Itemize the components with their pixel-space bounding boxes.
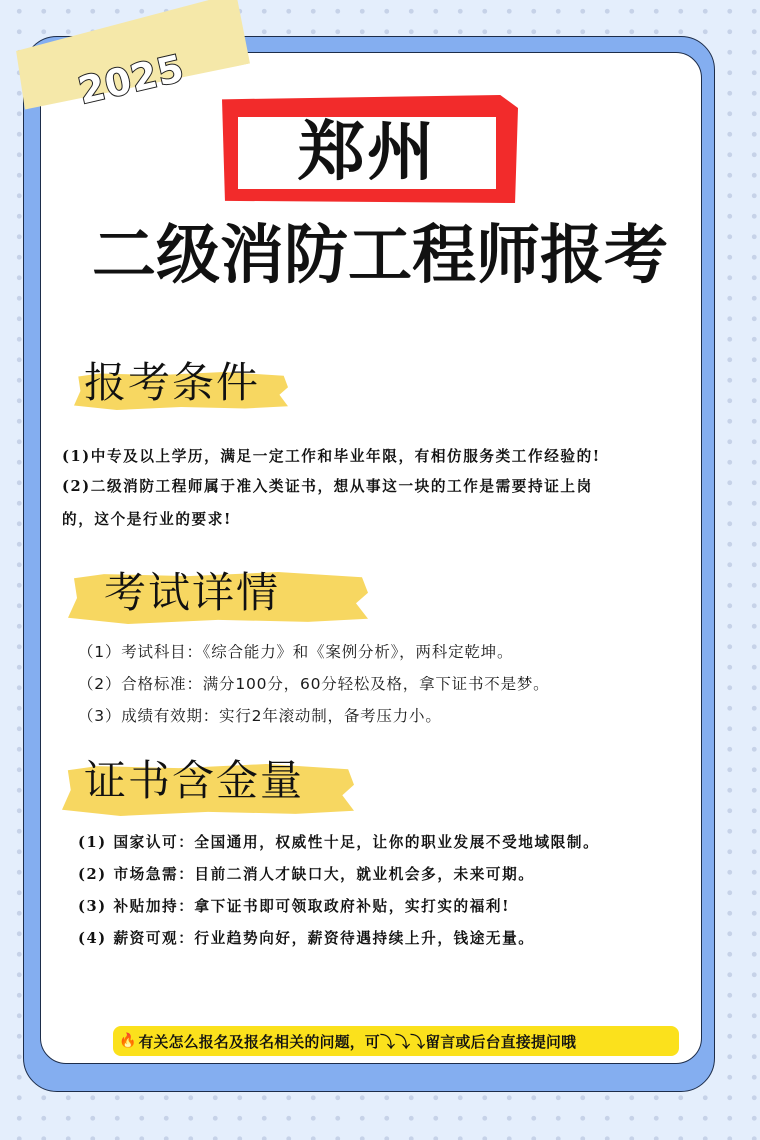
contact-banner: 🔥 有关怎么报名及报名相关的问题，可⤵⤵⤵留言或后台直接提问哦 <box>113 1026 679 1056</box>
list-item: (4) 薪资可观：行业趋势向好，薪资待遇持续上升，钱途无量。 <box>78 928 599 960</box>
list-item: (3) 补贴加持：拿下证书即可领取政府补贴，实打实的福利! <box>78 896 599 928</box>
list-item: (1)中专及以上学历，满足一定工作和毕业年限，有相仿服务类工作经验的! <box>62 446 601 476</box>
section-heading-eligibility: 报考条件 <box>84 362 260 404</box>
section-heading-certificate-value: 证书含金量 <box>84 760 304 802</box>
section-heading-exam-details: 考试详情 <box>104 572 280 614</box>
section-title: 证书含金量 <box>84 760 304 802</box>
exam-details-list: （1）考试科目：《综合能力》和《案例分析》，两科定乾坤。 （2）合格标准：满分1… <box>78 641 549 737</box>
list-item: （2）合格标准：满分100分，60分轻松及格，拿下证书不是梦。 <box>78 673 549 705</box>
fire-icon: 🔥 <box>119 1034 136 1048</box>
city-label-container: 郑州 <box>238 117 496 189</box>
section-title: 报考条件 <box>84 362 260 404</box>
eligibility-list: (1)中专及以上学历，满足一定工作和毕业年限，有相仿服务类工作经验的! (2)二… <box>62 446 601 539</box>
list-item: (1) 国家认可：全国通用，权威性十足，让你的职业发展不受地域限制。 <box>78 832 599 864</box>
list-item: 的，这个是行业的要求! <box>62 509 601 539</box>
section-title: 考试详情 <box>104 572 280 614</box>
poster-title: 二级消防工程师报考 <box>0 218 760 294</box>
contact-banner-text: 有关怎么报名及报名相关的问题，可⤵⤵⤵留言或后台直接提问哦 <box>138 1031 576 1052</box>
list-item: （3）成绩有效期：实行2年滚动制，备考压力小。 <box>78 705 549 737</box>
certificate-value-list: (1) 国家认可：全国通用，权威性十足，让你的职业发展不受地域限制。 (2) 市… <box>78 832 599 960</box>
list-item: (2)二级消防工程师属于准入类证书，想从事这一块的工作是需要持证上岗 <box>62 476 601 509</box>
list-item: (2) 市场急需：目前二消人才缺口大，就业机会多，未来可期。 <box>78 864 599 896</box>
city-label: 郑州 <box>298 121 437 185</box>
list-item: （1）考试科目：《综合能力》和《案例分析》，两科定乾坤。 <box>78 641 549 673</box>
